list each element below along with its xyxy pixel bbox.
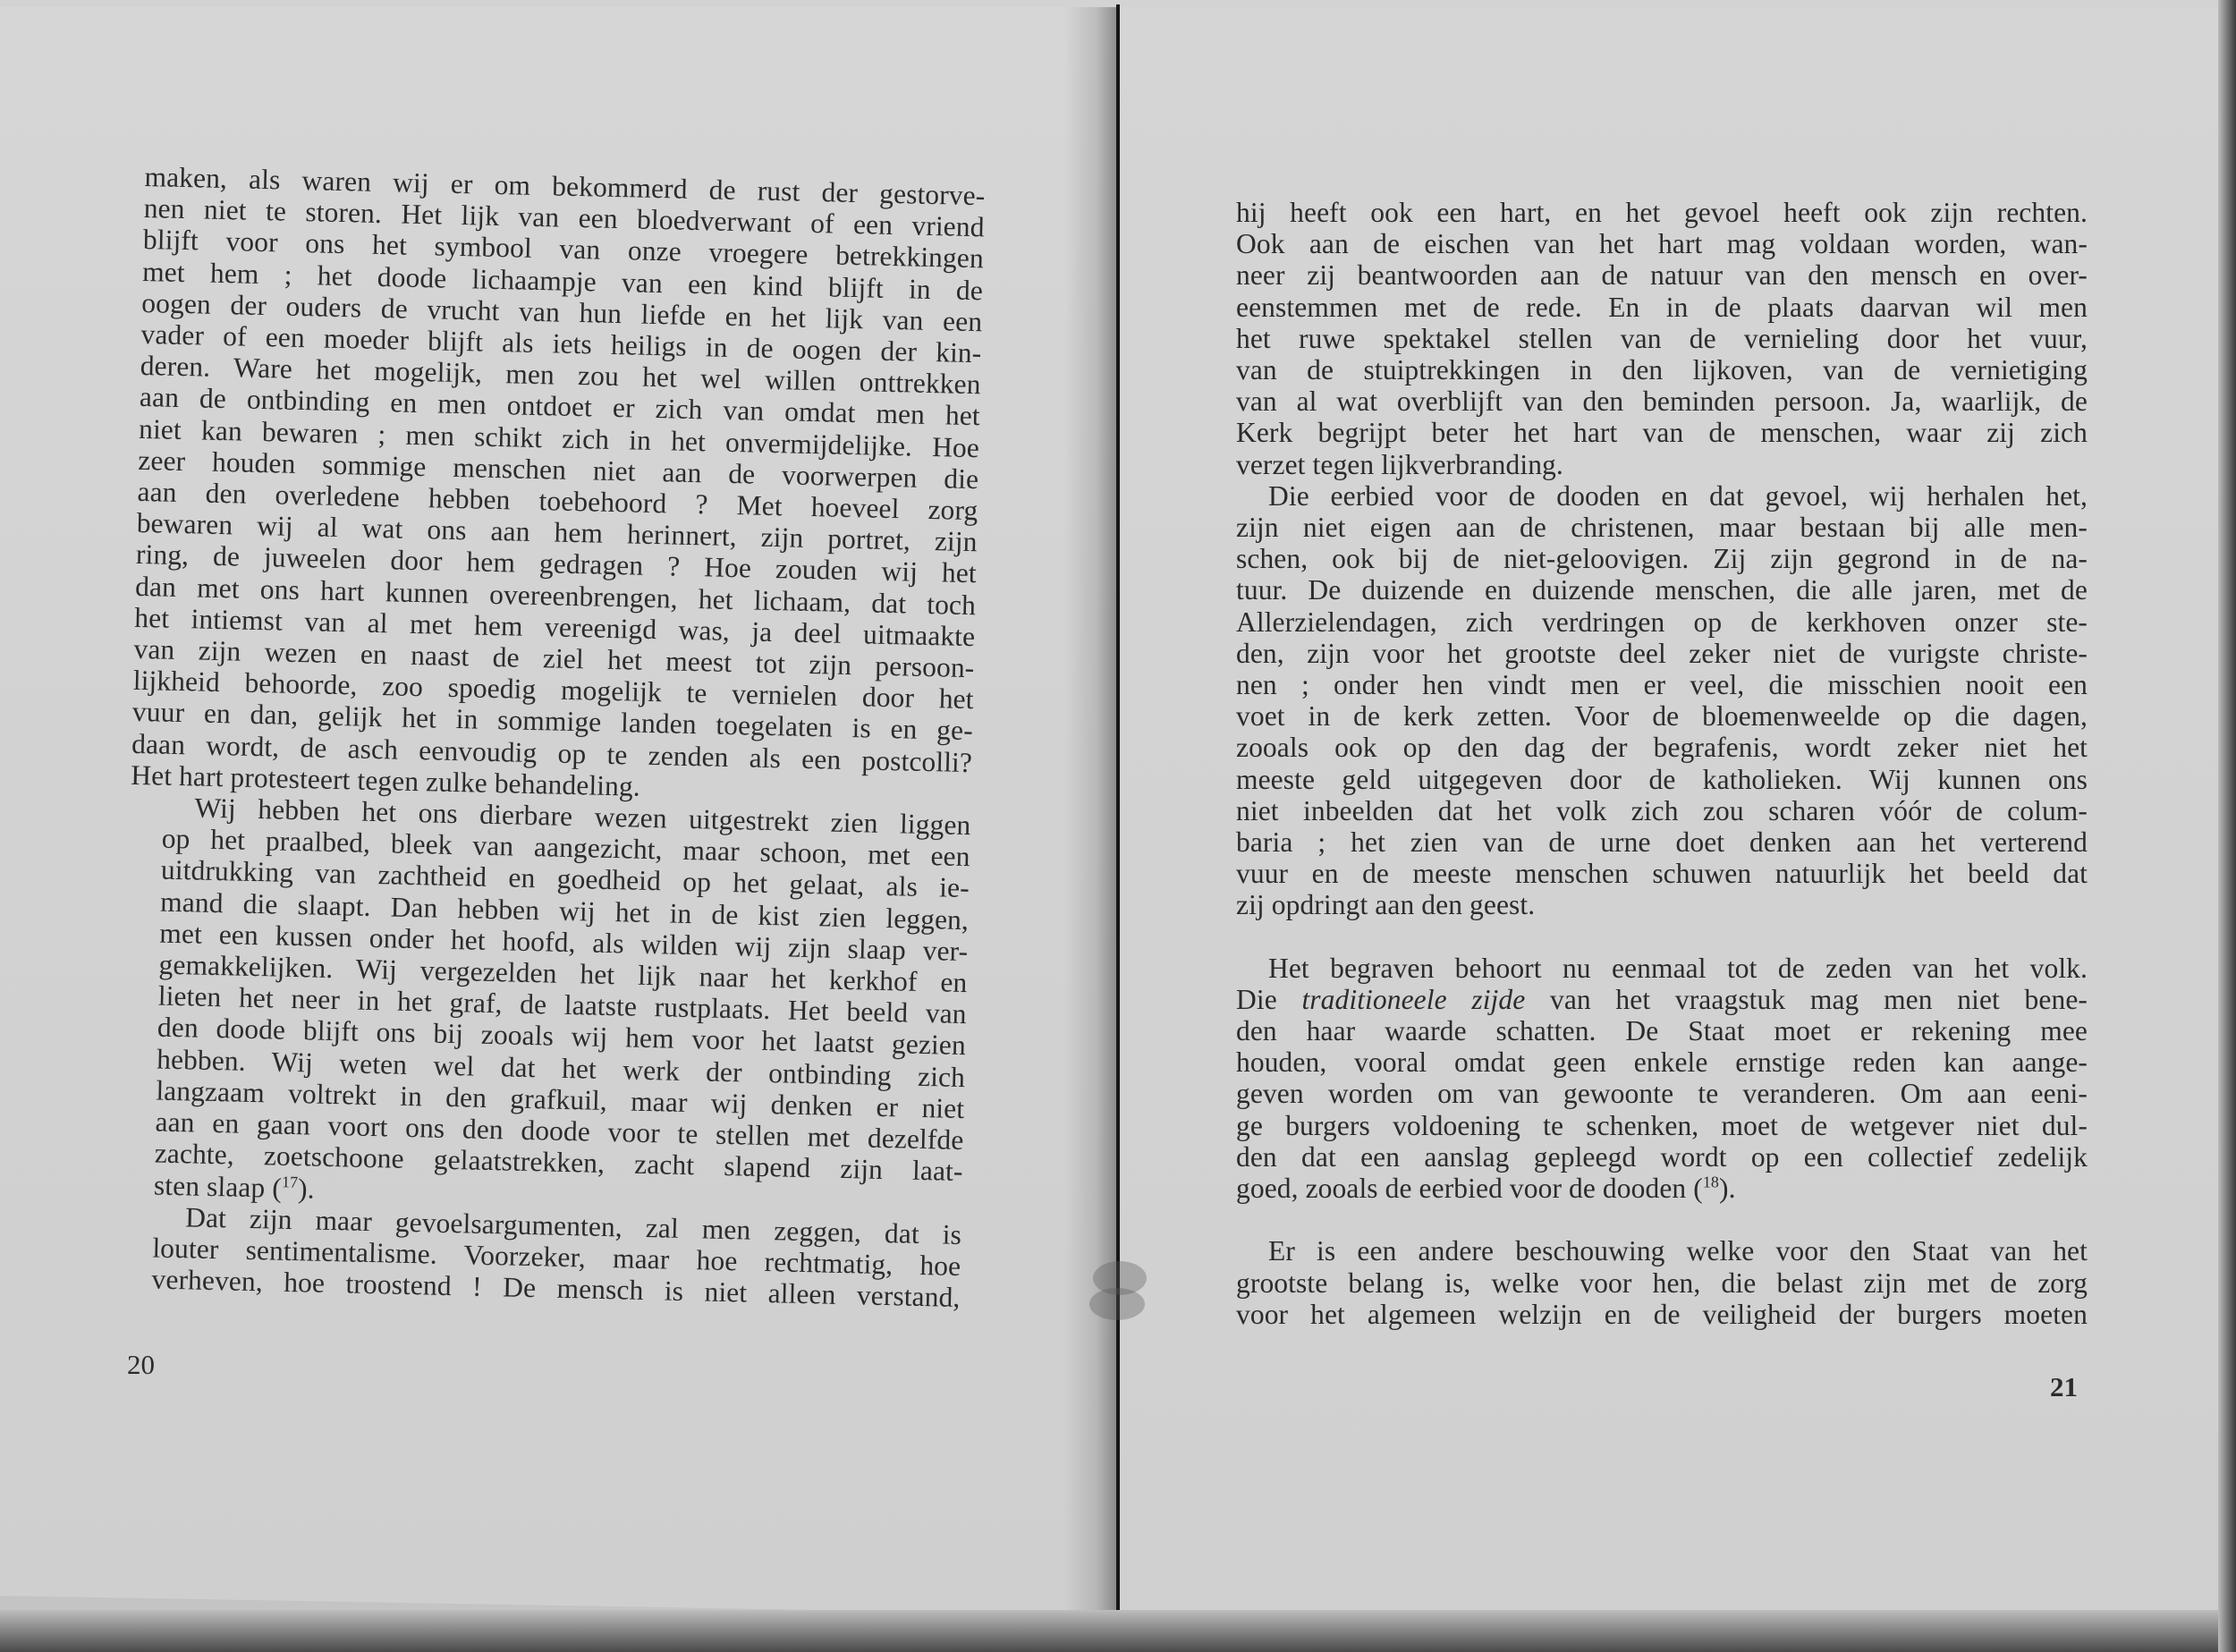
text-line: nen ; onder hen vindt men er veel, die m… xyxy=(1236,669,2088,700)
right-page: hij heeft ook een hart, en het gevoel he… xyxy=(1120,7,2229,1617)
text-line: Ook aan de eischen van het hart mag vold… xyxy=(1236,228,2088,259)
text-line: schen, ook bij de niet-geloovigen. Zij z… xyxy=(1236,543,2088,574)
water-stain xyxy=(1089,1288,1145,1320)
text-line: tuur. De duizende en duizende menschen, … xyxy=(1236,574,2088,606)
text-line: neer zij beantwoorden aan de natuur van … xyxy=(1236,259,2088,291)
text-line: meeste geld uitgegeven door de katholiek… xyxy=(1236,764,2088,795)
text-line: Er is een andere beschouwing welke voor … xyxy=(1236,1235,2088,1267)
text-line: zijn niet eigen aan de christenen, maar … xyxy=(1236,512,2088,543)
left-page-text: maken, als waren wij er om bekommerd de … xyxy=(119,161,986,1313)
text-line: Kerk begrijpt beter het hart van de mens… xyxy=(1236,417,2088,448)
right-page-text: hij heeft ook een hart, en het gevoel he… xyxy=(1236,197,2088,1330)
paragraph-continuation: maken, als waren wij er om bekommerd de … xyxy=(131,161,986,809)
gutter-shadow xyxy=(1064,7,1118,1617)
footnote-reference[interactable]: 18 xyxy=(1703,1173,1719,1191)
text-line-content: Die eerbied voor de dooden en dat gevoel… xyxy=(1268,480,2088,512)
text-line-content: Het begraven behoort nu eenmaal tot de z… xyxy=(1268,953,2088,984)
text-line-content: goed, zooals de eerbied voor de dooden ( xyxy=(1236,1173,1703,1204)
paragraph: Wij hebben het ons dierbare wezen uitges… xyxy=(122,791,971,1219)
text-line: baria ; het zien van de urne doet denken… xyxy=(1236,826,2088,858)
text-line-content: Die xyxy=(1236,984,1301,1015)
page-number: 21 xyxy=(2050,1371,2078,1403)
paragraph: Er is een andere beschouwing welke voor … xyxy=(1236,1235,2088,1330)
page-number: 20 xyxy=(127,1349,155,1381)
book-bottom-edge xyxy=(0,1610,2236,1652)
text-line: Die traditioneele zijde van het vraagstu… xyxy=(1236,984,2088,1015)
text-line: houden, vooral omdat geen enkele ernstig… xyxy=(1236,1046,2088,1078)
emphasized-phrase: traditioneele zijde xyxy=(1301,984,1525,1015)
text-line: den haar waarde schatten. De Staat moet … xyxy=(1236,1015,2088,1046)
text-line: niet inbeelden dat het volk zich zou sch… xyxy=(1236,795,2088,826)
text-line-content: Er is een andere beschouwing welke voor … xyxy=(1268,1235,2088,1267)
text-line-content: ). xyxy=(298,1173,315,1204)
text-line: ge burgers voldoening te schenken, moet … xyxy=(1236,1110,2088,1141)
text-line-content: ). xyxy=(1719,1173,1736,1204)
text-line: hij heeft ook een hart, en het gevoel he… xyxy=(1236,197,2088,228)
text-line: zooals ook op den dag der begrafenis, wo… xyxy=(1236,732,2088,763)
text-line: grootste belang is, welke voor hen, die … xyxy=(1236,1267,2088,1299)
text-line: van de stuiptrekkingen in den lijkoven, … xyxy=(1236,354,2088,385)
text-line: Allerzielendagen, zich verdringen op de … xyxy=(1236,606,2088,638)
paragraph: Die eerbied voor de dooden en dat gevoel… xyxy=(1236,480,2088,921)
text-line: voor het algemeen welzijn en de veilighe… xyxy=(1236,1299,2088,1330)
text-line: geven worden om van gewoonte te verander… xyxy=(1236,1078,2088,1109)
book-spread: maken, als waren wij er om bekommerd de … xyxy=(0,0,2236,1652)
footnote-reference[interactable]: 17 xyxy=(282,1173,299,1190)
text-line: Die eerbied voor de dooden en dat gevoel… xyxy=(1236,480,2088,512)
left-page: maken, als waren wij er om bekommerd de … xyxy=(0,7,1118,1617)
text-line: goed, zooals de eerbied voor de dooden (… xyxy=(1236,1173,2088,1204)
paragraph: Dat zijn maar gevoelsargumenten, zal men… xyxy=(119,1199,961,1313)
text-line-content: van het vraagstuk mag men niet bene- xyxy=(1525,984,2088,1015)
paragraph-continuation: hij heeft ook een hart, en het gevoel he… xyxy=(1236,197,2088,480)
text-line: vuur en de meeste menschen schuwen natuu… xyxy=(1236,858,2088,889)
text-line: den dat een aanslag gepleegd wordt op ee… xyxy=(1236,1141,2088,1173)
text-line: eenstemmen met de rede. En in de plaats … xyxy=(1236,292,2088,323)
paragraph: Het begraven behoort nu eenmaal tot de z… xyxy=(1236,953,2088,1205)
text-line: Het begraven behoort nu eenmaal tot de z… xyxy=(1236,953,2088,984)
text-line: het ruwe spektakel stellen van de vernie… xyxy=(1236,323,2088,354)
text-line: verzet tegen lijkverbranding. xyxy=(1236,449,2088,480)
torn-page-edge xyxy=(2218,0,2236,1652)
text-line: voet in de kerk zetten. Voor de bloemenw… xyxy=(1236,700,2088,732)
book-spine xyxy=(1116,4,1120,1623)
text-line: zij opdringt aan den geest. xyxy=(1236,889,2088,920)
text-line: van al wat overblijft van den beminden p… xyxy=(1236,385,2088,417)
text-line: den, zijn voor het grootste deel zeker n… xyxy=(1236,638,2088,669)
text-line-content: sten slaap ( xyxy=(154,1169,283,1203)
